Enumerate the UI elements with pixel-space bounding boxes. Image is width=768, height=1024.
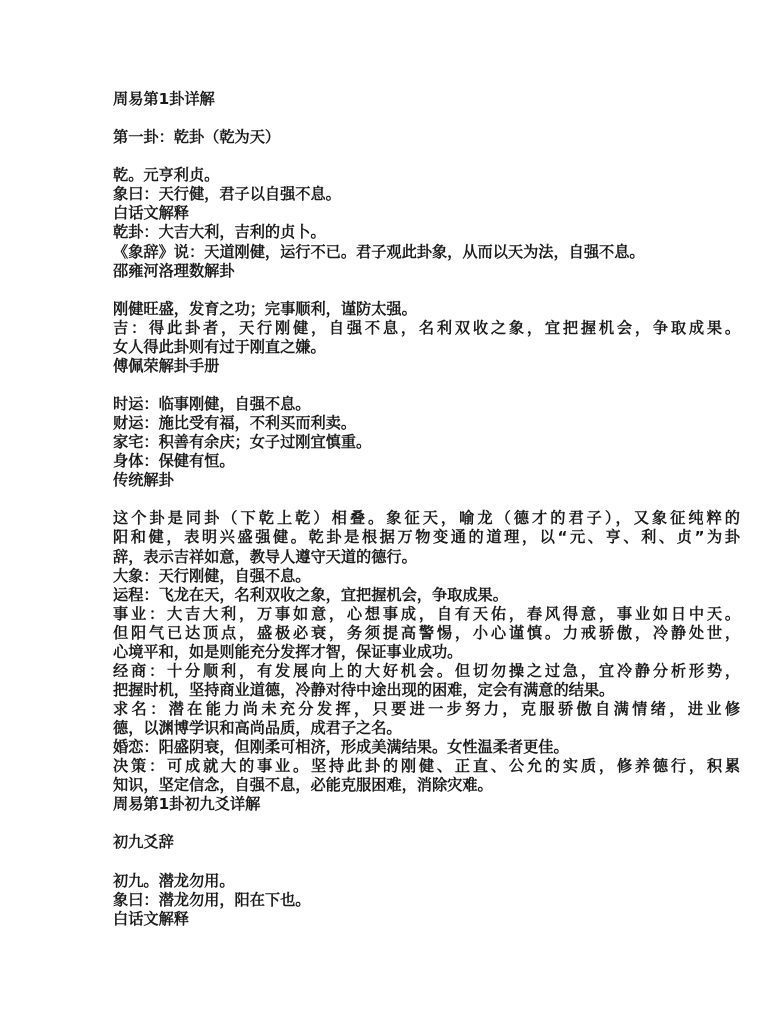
text-line: 辞，表示吉祥如意，教导人遵守天道的德行。	[113, 548, 740, 567]
blank-line	[113, 147, 740, 166]
text-line: 家宅：积善有余庆；女子过刚宜慎重。	[113, 433, 740, 452]
text-line: 象曰：潜龙勿用，阳在下也。	[113, 891, 740, 910]
document-text-block: 周易第1卦详解第一卦：乾卦（乾为天）乾。元亨利贞。象曰：天行健，君子以自强不息。…	[113, 90, 740, 929]
text-line: 运程：飞龙在天，名利双收之象，宜把握机会，争取成果。	[113, 586, 740, 605]
text-line: 初九爻辞	[113, 833, 740, 852]
text-line: 白话文解释	[113, 910, 740, 929]
text-line: 德，以渊博学识和高尚品质，成君子之名。	[113, 719, 740, 738]
document-page: 周易第1卦详解第一卦：乾卦（乾为天）乾。元亨利贞。象曰：天行健，君子以自强不息。…	[0, 0, 768, 1024]
text-line: 这个卦是同卦（下乾上乾）相叠。象征天，喻龙（德才的君子），又象征纯粹的	[113, 509, 740, 528]
text-line: 第一卦：乾卦（乾为天）	[113, 128, 740, 147]
text-line: 财运：施比受有福，不利买而利卖。	[113, 414, 740, 433]
text-line: 把握时机，坚持商业道德，冷静对待中途出现的困难，定会有满意的结果。	[113, 681, 740, 700]
text-line: 邵雍河洛理数解卦	[113, 262, 740, 281]
text-line: 经商：十分顺利，有发展向上的大好机会。但切勿操之过急，宜冷静分析形势，	[113, 662, 740, 681]
text-line: 事业：大吉大利，万事如意，心想事成，自有天佑，春风得意，事业如日中天。	[113, 605, 740, 624]
text-line: 乾卦：大吉大利，吉利的贞卜。	[113, 223, 740, 242]
text-line: 乾。元亨利贞。	[113, 166, 740, 185]
text-line: 求名：潜在能力尚未充分发挥，只要进一步努力，克服骄傲自满情绪，进业修	[113, 700, 740, 719]
blank-line	[113, 376, 740, 395]
text-line: 传统解卦	[113, 471, 740, 490]
text-line: 心境平和，如是则能充分发挥才智，保证事业成功。	[113, 643, 740, 662]
text-line: 女人得此卦则有过于刚直之嫌。	[113, 338, 740, 357]
text-line: 时运：临事刚健，自强不息。	[113, 395, 740, 414]
text-line: 知识，坚定信念，自强不息，必能克服困难，消除灾难。	[113, 776, 740, 795]
blank-line	[113, 814, 740, 833]
text-line: 周易第1卦初九爻详解	[113, 795, 740, 814]
text-line: 周易第1卦详解	[113, 90, 740, 109]
text-line: 婚恋：阳盛阴衰，但刚柔可相济，形成美满结果。女性温柔者更佳。	[113, 738, 740, 757]
text-line: 白话文解释	[113, 204, 740, 223]
text-line: 决策：可成就大的事业。坚持此卦的刚健、正直、公允的实质，修养德行，积累	[113, 757, 740, 776]
text-line: 傅佩荣解卦手册	[113, 357, 740, 376]
text-line: 但阳气已达顶点，盛极必衰，务须提高警惕，小心谨慎。力戒骄傲，冷静处世，	[113, 624, 740, 643]
text-line: 初九。潜龙勿用。	[113, 872, 740, 891]
blank-line	[113, 853, 740, 872]
text-line: 象曰：天行健，君子以自强不息。	[113, 185, 740, 204]
blank-line	[113, 490, 740, 509]
blank-line	[113, 109, 740, 128]
text-line: 刚健旺盛，发育之功；完事顺利，谨防太强。	[113, 300, 740, 319]
text-line: 大象：天行刚健，自强不息。	[113, 567, 740, 586]
text-line: 吉：得此卦者，天行刚健，自强不息，名利双收之象，宜把握机会，争取成果。	[113, 319, 740, 338]
text-line: 身体：保健有恒。	[113, 452, 740, 471]
text-line: 阳和健，表明兴盛强健。乾卦是根据万物变通的道理，以“元、亨、利、贞”为卦	[113, 528, 740, 547]
text-line: 《象辞》说：天道刚健，运行不已。君子观此卦象，从而以天为法，自强不息。	[113, 243, 740, 262]
blank-line	[113, 281, 740, 300]
